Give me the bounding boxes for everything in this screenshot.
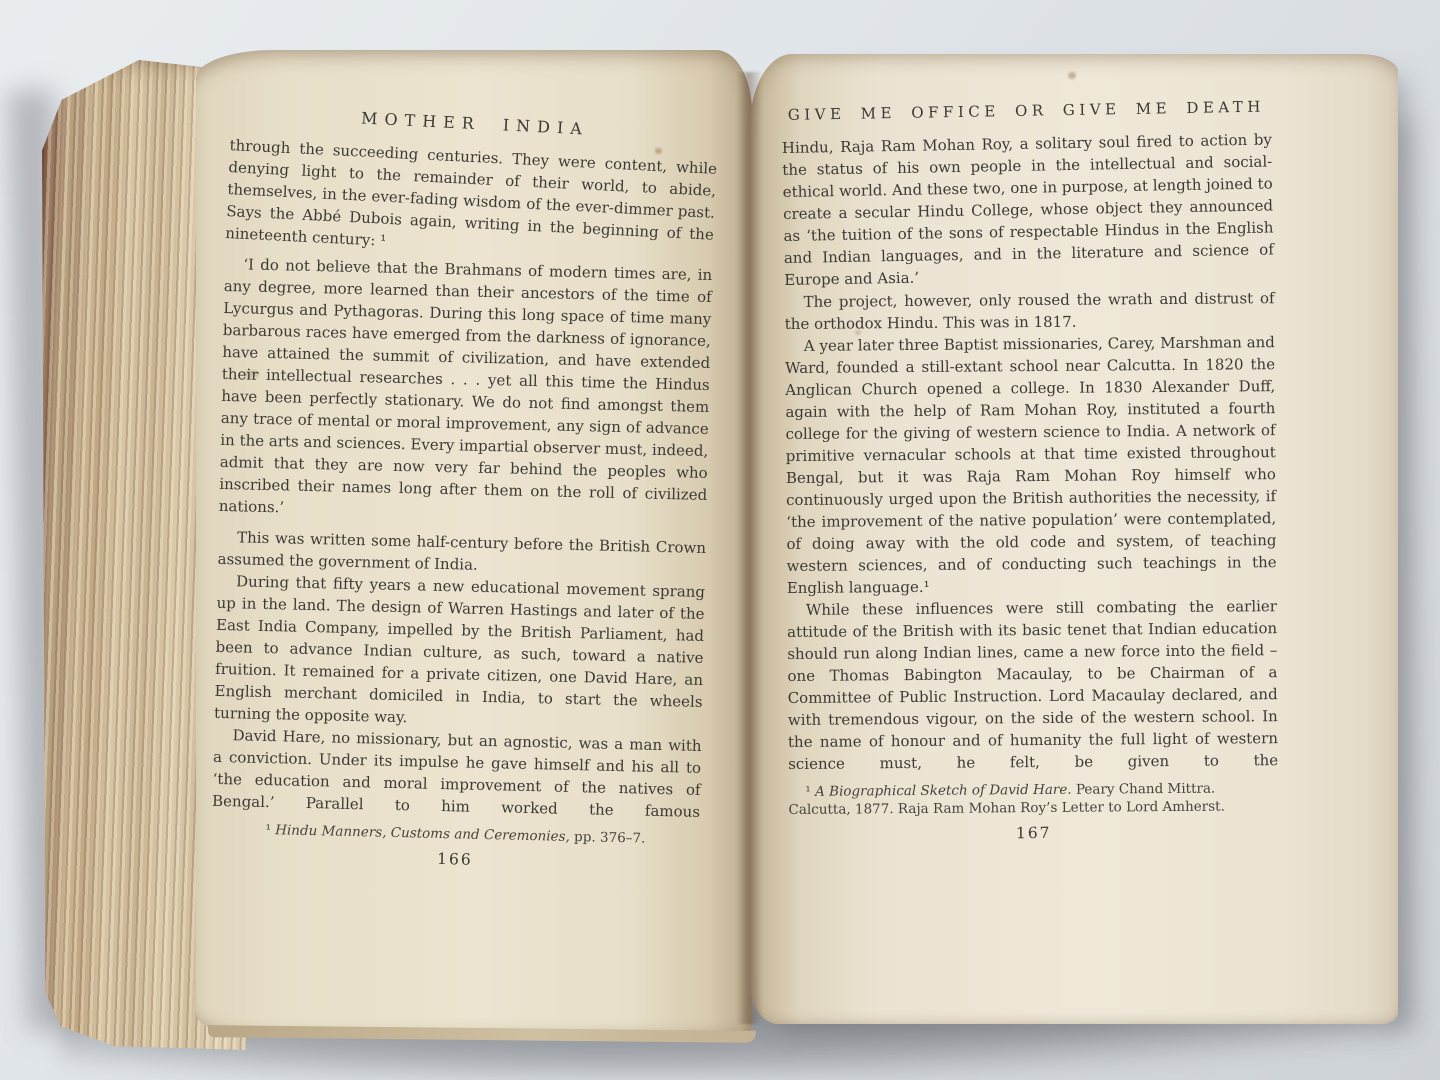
footnote-marker: ¹ bbox=[805, 784, 815, 800]
footnote-left: ¹ Hindu Manners, Customs and Ceremonies,… bbox=[211, 820, 699, 849]
right-page-text: GIVE ME OFFICE OR GIVE ME DEATH Hindu, R… bbox=[783, 102, 1279, 844]
paragraph-quote: ‘I do not believe that the Brahmans of m… bbox=[219, 253, 713, 528]
paragraph: During that fifty years a new educationa… bbox=[214, 570, 705, 735]
footnote-marker: ¹ bbox=[265, 822, 275, 838]
footnote-pages: pp. 376–7. bbox=[570, 829, 646, 847]
paragraph-continuation: Hindu, Raja Ram Mohan Roy, a solitary so… bbox=[782, 128, 1275, 291]
footnote-right: ¹ A Biographical Sketch of David Hare. P… bbox=[788, 779, 1278, 819]
book-photo: MOTHER INDIA through the succeeding cent… bbox=[0, 0, 1440, 1080]
paragraph-continuation: through the succeeding centuries. They w… bbox=[225, 134, 718, 268]
left-page-text: MOTHER INDIA through the succeeding cent… bbox=[211, 102, 716, 874]
book-gutter bbox=[736, 72, 762, 1024]
paragraph: The project, however, only roused the wr… bbox=[784, 287, 1274, 335]
footnote-title: A Biographical Sketch of David Hare. bbox=[815, 782, 1072, 800]
paper-stain bbox=[1068, 72, 1076, 79]
paragraph: A year later three Baptist missionaries,… bbox=[785, 331, 1277, 599]
right-page-top-curve: GIVE ME OFFICE OR GIVE ME DEATH Hindu, R… bbox=[781, 97, 1274, 291]
page-number-right: 167 bbox=[789, 822, 1279, 844]
paragraph-runover: David Hare, no missionary, but an agnost… bbox=[212, 724, 702, 823]
paragraph-runover: While these influences were still combat… bbox=[787, 595, 1278, 775]
left-page-top-curve: MOTHER INDIA through the succeeding cent… bbox=[225, 102, 719, 268]
footnote-title: Hindu Manners, Customs and Ceremonies, bbox=[275, 822, 570, 845]
